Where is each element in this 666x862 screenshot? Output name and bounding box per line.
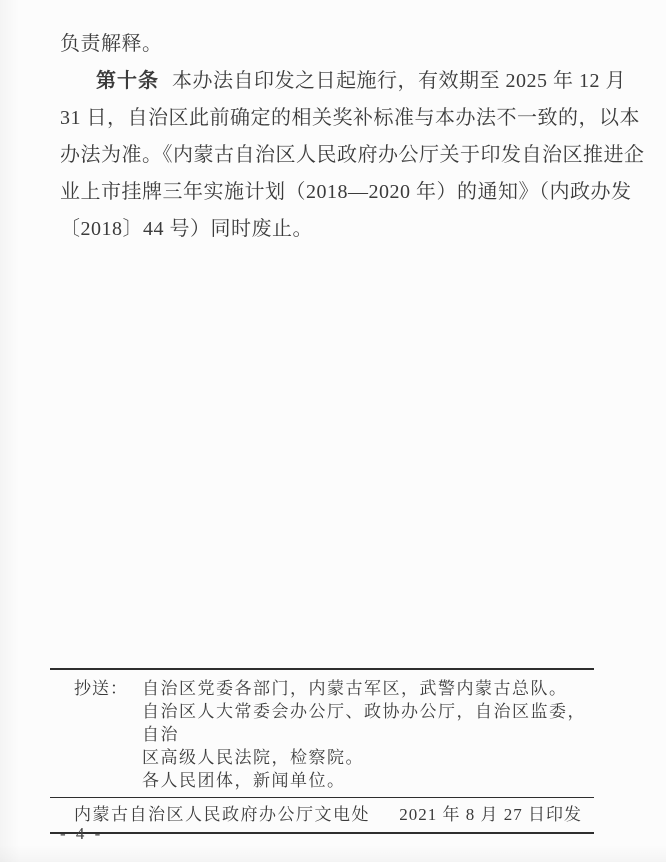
issuer-row: 内蒙古自治区人民政府办公厅文电处 2021 年 8 月 27 日印发 (50, 798, 594, 832)
document-body: 负责解释。 第十条本办法自印发之日起施行，有效期至 2025 年 12 月 31… (60, 26, 606, 248)
article-ten-line-4: 业上市挂牌三年实施计划（2018—2020 年）的通知》（内政办发 (60, 174, 606, 211)
copy-to-list: 自治区党委各部门，内蒙古军区，武警内蒙古总队。 自治区人大常委会办公厅、政协办公… (142, 677, 594, 792)
copy-to-line-1: 自治区党委各部门，内蒙古军区，武警内蒙古总队。 (142, 677, 594, 700)
issuing-office: 内蒙古自治区人民政府办公厅文电处 (74, 798, 370, 832)
copy-to-line-2: 自治区人大常委会办公厅、政协办公厅，自治区监委，自治 (142, 700, 594, 746)
print-date: 2021 年 8 月 27 日印发 (399, 798, 582, 832)
copy-to-section: 抄送： 自治区党委各部门，内蒙古军区，武警内蒙古总队。 自治区人大常委会办公厅、… (50, 670, 594, 798)
document-page: 负责解释。 第十条本办法自印发之日起施行，有效期至 2025 年 12 月 31… (0, 0, 666, 862)
article-ten-line-3: 办法为准。《内蒙古自治区人民政府办公厅关于印发自治区推进企 (60, 137, 606, 174)
copy-to-line-4: 各人民团体，新闻单位。 (142, 769, 594, 792)
page-number: - 4 - (60, 824, 103, 844)
article-ten-text-1: 本办法自印发之日起施行，有效期至 2025 年 12 月 (172, 70, 626, 92)
article-ten-heading: 第十条 (96, 70, 159, 92)
copy-to-line-3: 区高级人民法院，检察院。 (142, 746, 594, 769)
article-ten-line-5: 〔2018〕44 号）同时废止。 (60, 211, 606, 248)
paragraph-continuation-line: 负责解释。 (60, 26, 606, 63)
article-ten-line-1: 第十条本办法自印发之日起施行，有效期至 2025 年 12 月 (60, 63, 606, 100)
copy-to-label: 抄送： (74, 677, 128, 700)
article-ten-line-2: 31 日，自治区此前确定的相关奖补标准与本办法不一致的，以本 (60, 100, 606, 137)
distribution-block: 抄送： 自治区党委各部门，内蒙古军区，武警内蒙古总队。 自治区人大常委会办公厅、… (50, 668, 594, 834)
